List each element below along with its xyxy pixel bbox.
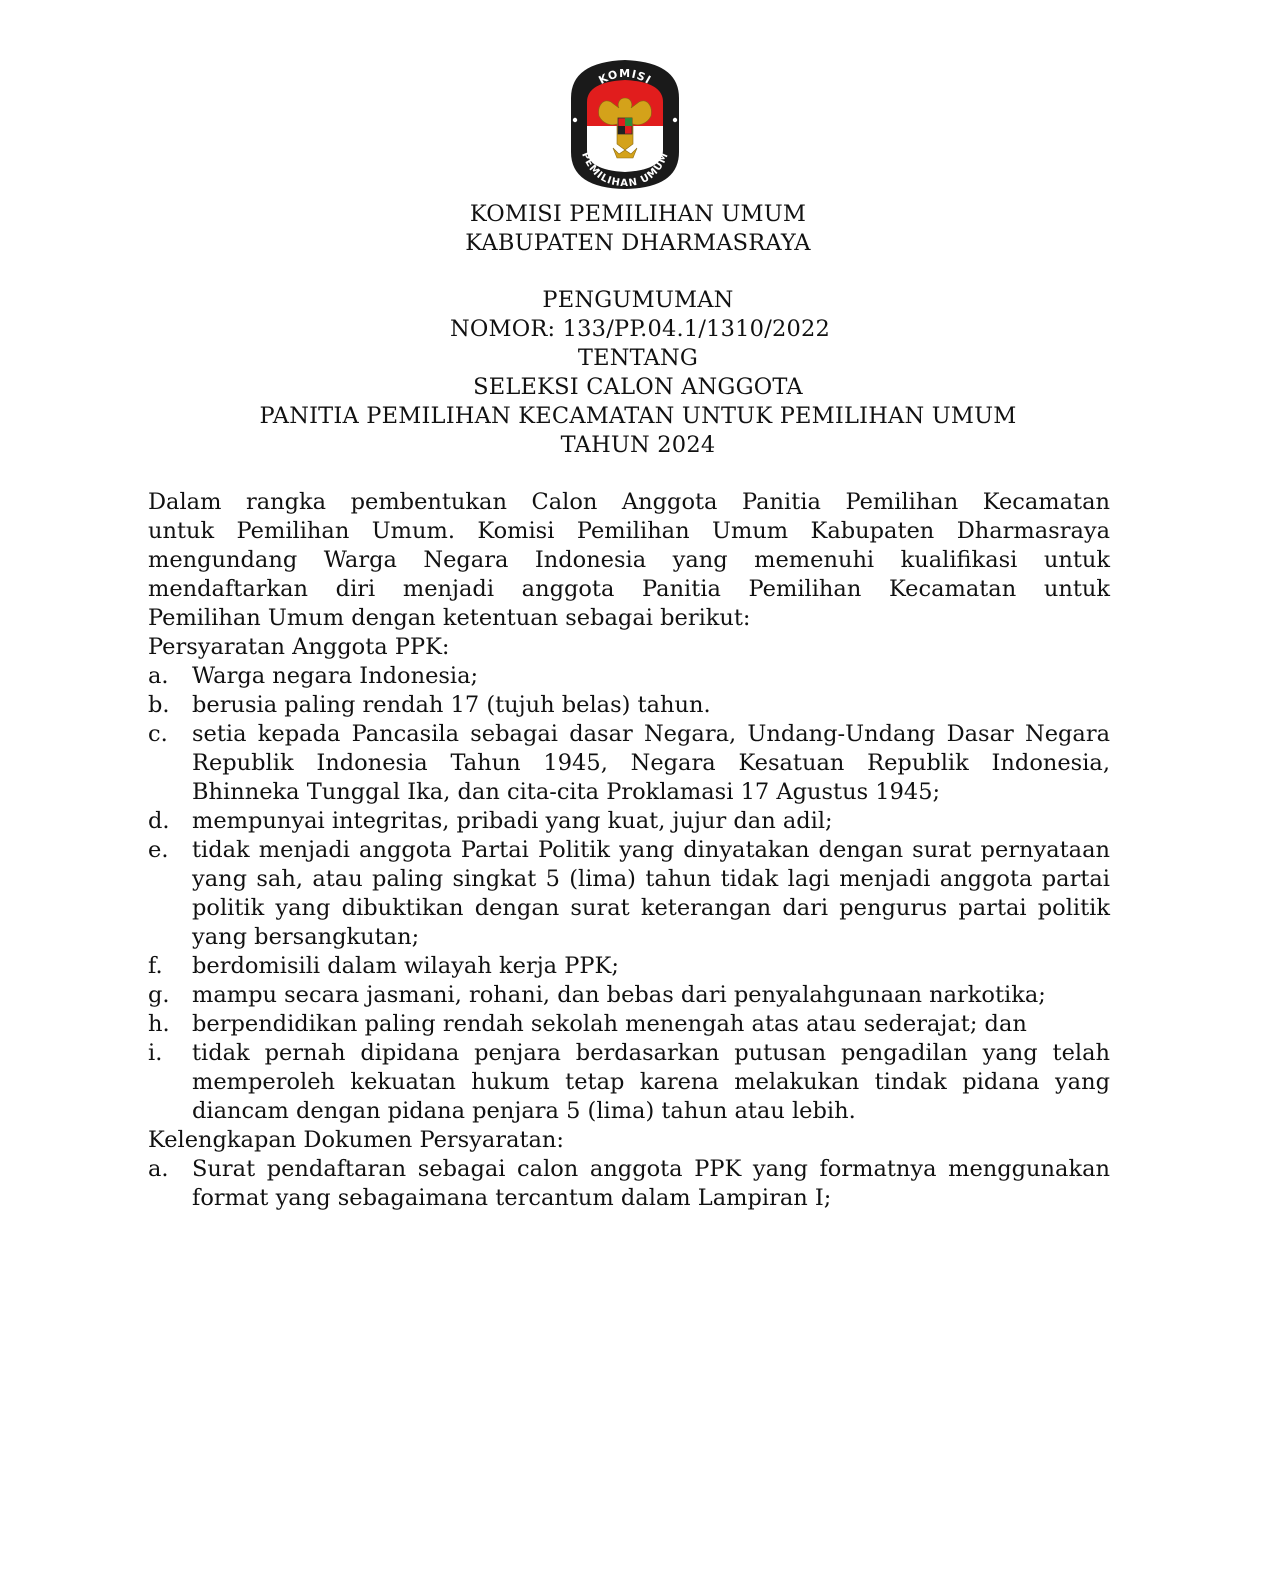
kpu-logo: KOMISI PEMILIHAN UMUM (563, 58, 687, 190)
requirement-item: c.setia kepada Pancasila sebagai dasar N… (148, 720, 1110, 807)
org-name: KOMISI PEMILIHAN UMUM (0, 200, 1276, 229)
requirement-text: mempunyai integritas, pribadi yang kuat,… (192, 808, 833, 834)
requirement-item: h.berpendidikan paling rendah sekolah me… (148, 1010, 1110, 1039)
documents-list: a.Surat pendaftaran sebagai calon anggot… (148, 1155, 1110, 1213)
requirement-item: e.tidak menjadi anggota Partai Politik y… (148, 836, 1110, 952)
list-marker: b. (148, 691, 170, 720)
subject-line-2: PANITIA PEMILIHAN KECAMATAN UNTUK PEMILI… (0, 402, 1276, 431)
document-item: a.Surat pendaftaran sebagai calon anggot… (148, 1155, 1110, 1213)
list-marker: a. (148, 662, 169, 691)
list-marker: d. (148, 807, 170, 836)
list-marker: h. (148, 1010, 170, 1039)
intro-line: mendaftarkan diri menjadi anggota Paniti… (148, 575, 1110, 604)
requirement-text: tidak pernah dipidana penjara berdasarka… (192, 1040, 1110, 1124)
subject-line-1: SELEKSI CALON ANGGOTA (0, 373, 1276, 402)
requirement-item: i.tidak pernah dipidana penjara berdasar… (148, 1039, 1110, 1126)
requirement-text: berusia paling rendah 17 (tujuh belas) t… (192, 692, 711, 718)
list-marker: f. (148, 952, 163, 981)
requirement-text: mampu secara jasmani, rohani, dan bebas … (192, 982, 1046, 1008)
requirement-text: berdomisili dalam wilayah kerja PPK; (192, 953, 619, 979)
requirement-item: d.mempunyai integritas, pribadi yang kua… (148, 807, 1110, 836)
document-text: Surat pendaftaran sebagai calon anggota … (192, 1156, 1110, 1211)
document-body: Dalam rangka pembentukan Calon Anggota P… (148, 488, 1110, 1213)
requirement-text: setia kepada Pancasila sebagai dasar Neg… (192, 721, 1110, 805)
org-region: KABUPATEN DHARMASRAYA (0, 229, 1276, 258)
document-number: NOMOR: 133/PP.04.1/1310/2022 (2, 315, 1276, 344)
requirement-text: Warga negara Indonesia; (192, 663, 478, 689)
subject-line-3: TAHUN 2024 (0, 431, 1276, 460)
document-number-label: NOMOR: (450, 316, 555, 342)
tentang-label: TENTANG (0, 344, 1276, 373)
document-number-value: 133/PP.04.1/1310/2022 (563, 316, 830, 342)
requirement-text: tidak menjadi anggota Partai Politik yan… (192, 837, 1110, 950)
document-type: PENGUMUMAN (0, 286, 1276, 315)
requirement-item: g.mampu secara jasmani, rohani, dan beba… (148, 981, 1110, 1010)
requirement-text: berpendidikan paling rendah sekolah mene… (192, 1011, 1027, 1037)
requirement-item: b.berusia paling rendah 17 (tujuh belas)… (148, 691, 1110, 720)
list-marker: e. (148, 836, 168, 865)
requirements-list: a.Warga negara Indonesia; b.berusia pali… (148, 662, 1110, 1126)
intro-line: mengundang Warga Negara Indonesia yang m… (148, 546, 1110, 575)
requirement-item: f.berdomisili dalam wilayah kerja PPK; (148, 952, 1110, 981)
intro-line: Pemilihan Umum dengan ketentuan sebagai … (148, 604, 1110, 633)
list-marker: a. (148, 1155, 169, 1184)
requirements-heading: Persyaratan Anggota PPK: (148, 633, 1110, 662)
document-title-block: PENGUMUMAN NOMOR: 133/PP.04.1/1310/2022 … (0, 286, 1276, 460)
requirement-item: a.Warga negara Indonesia; (148, 662, 1110, 691)
intro-line: untuk Pemilihan Umum. Komisi Pemilihan U… (148, 517, 1110, 546)
organization-header: KOMISI PEMILIHAN UMUM KABUPATEN DHARMASR… (0, 200, 1276, 258)
list-marker: c. (148, 720, 168, 749)
kpu-emblem-icon: KOMISI PEMILIHAN UMUM (563, 58, 687, 190)
intro-line: Dalam rangka pembentukan Calon Anggota P… (148, 488, 1110, 517)
documents-heading: Kelengkapan Dokumen Persyaratan: (148, 1126, 1110, 1155)
intro-paragraph: Dalam rangka pembentukan Calon Anggota P… (148, 488, 1110, 633)
list-marker: g. (148, 981, 170, 1010)
list-marker: i. (148, 1039, 162, 1068)
